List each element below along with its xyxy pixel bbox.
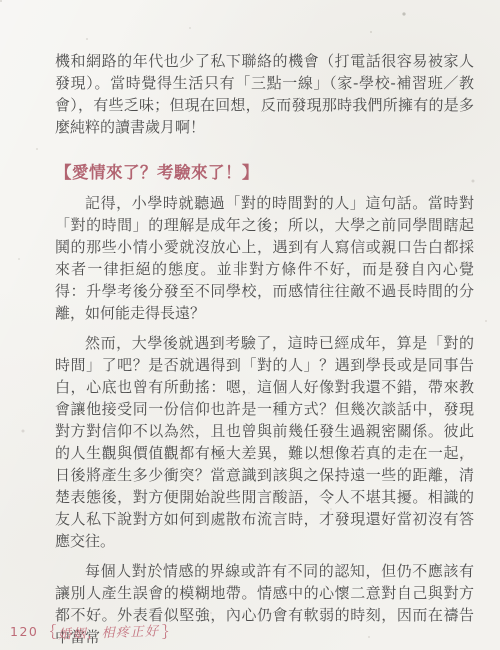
book-page: { "article": { "heading": "【愛情來了？考驗來了！】"… (0, 0, 500, 650)
handwritten-book-title: 婚姻，相疼正好 (58, 620, 160, 643)
page-content: 機和網路的年代也少了私下聯絡的機會（打電話很容易被家人發現）。當時覺得生活只有「… (55, 50, 474, 648)
title-brace-close: ｝ (162, 621, 177, 642)
page-footer: 120 ｛ 婚姻，相疼正好 ｝ (10, 621, 177, 642)
section-heading: 【愛情來了？考驗來了！】 (55, 162, 474, 184)
paragraph: 然而，大學後就遇到考驗了，這時已經成年，算是「對的時間」了吧？是否就遇得到「對的… (55, 332, 474, 552)
paragraph-continued: 機和網路的年代也少了私下聯絡的機會（打電話很容易被家人發現）。當時覺得生活只有「… (55, 50, 474, 138)
title-brace-open: ｛ (41, 621, 56, 642)
paper-speckles (0, 0, 2, 2)
paragraph: 記得，小學時就聽過「對的時間對的人」這句話。當時對「對的時間」的理解是成年之後；… (55, 192, 474, 324)
page-number: 120 (10, 624, 38, 639)
